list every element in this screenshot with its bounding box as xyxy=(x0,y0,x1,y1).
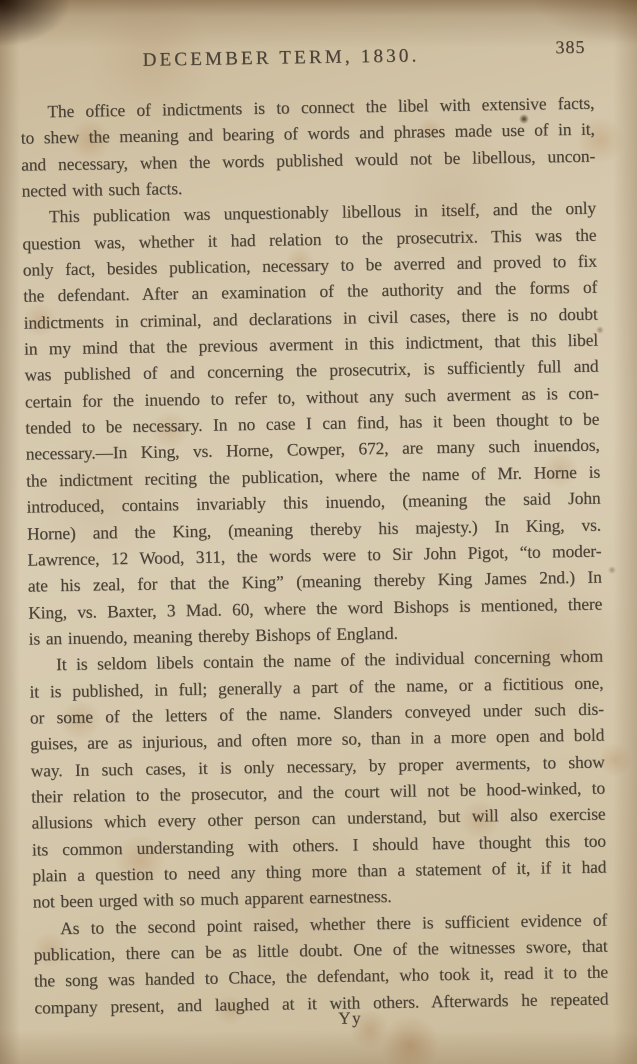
scanned-book-page: DECEMBER TERM, 1830. 385 The office of i… xyxy=(0,0,637,1064)
page-content: DECEMBER TERM, 1830. 385 The office of i… xyxy=(0,0,637,1064)
page-body: The office of indictments is to connect … xyxy=(20,90,608,1021)
paragraph: This publication was unquestionably libe… xyxy=(22,195,603,652)
paragraph: The office of indictments is to connect … xyxy=(20,90,596,204)
paragraph: As to the second point raised, whether t… xyxy=(33,906,609,1020)
page-number: 385 xyxy=(555,37,585,58)
running-header: DECEMBER TERM, 1830. xyxy=(0,43,570,74)
paragraph: It is seldom libels contain the name of … xyxy=(29,643,607,915)
